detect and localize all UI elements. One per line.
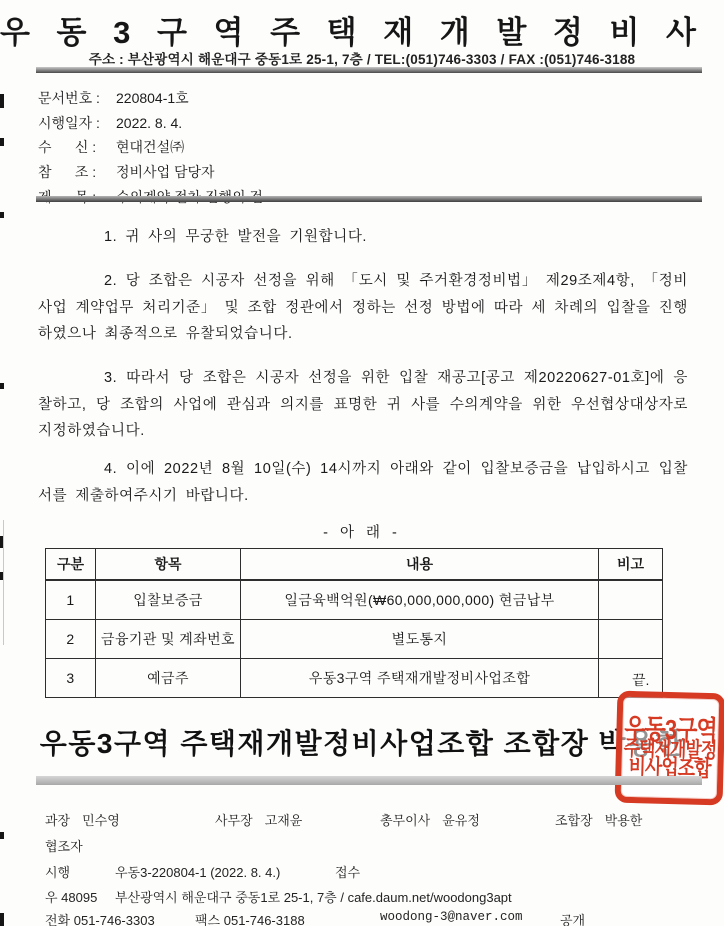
meta-value: 정비사업 담당자 bbox=[116, 162, 215, 182]
cell-item: 입찰보증금 bbox=[96, 580, 241, 620]
cell-no: 1 bbox=[46, 580, 96, 620]
approver-name: 윤유정 bbox=[442, 810, 480, 829]
meta-label: 문서번호 : bbox=[38, 88, 112, 108]
meta-row-recipient: 수 신 : 현대건설㈜ bbox=[38, 135, 263, 160]
table-row: 2 금융기관 및 계좌번호 별도통지 bbox=[46, 620, 663, 659]
scan-artifact bbox=[0, 832, 4, 839]
table-header-row: 구분 항목 내용 비고 bbox=[46, 549, 663, 581]
meta-row-date: 시행일자 : 2022. 8. 4. bbox=[38, 111, 263, 136]
paragraph-1: 1. 귀 사의 무궁한 발전을 기원합니다. bbox=[38, 224, 688, 251]
scan-artifact bbox=[0, 212, 4, 218]
table-row: 3 예금주 우동3구역 주택재개발정비사업조합 bbox=[46, 659, 663, 698]
official-seal-stamp: 우동3구역 주택재개발정 비사업조합 bbox=[615, 691, 724, 806]
cell-content: 별도통지 bbox=[241, 620, 599, 659]
approver: 총무이사 윤유정 bbox=[380, 810, 555, 829]
signature-divider bbox=[36, 776, 702, 785]
cooperator-label: 협조자 bbox=[45, 836, 83, 855]
dispatch-row: 시행 우동3-220804-1 (2022. 8. 4.) 접수 bbox=[45, 862, 70, 881]
cell-content: 우동3구역 주택재개발정비사업조합 bbox=[241, 659, 599, 698]
meta-row-doc-number: 문서번호 : 220804-1호 bbox=[38, 86, 263, 111]
organization-address-line: 주소 : 부산광역시 해운대구 중동1로 25-1, 7층 / TEL:(051… bbox=[0, 48, 724, 68]
col-header-note: 비고 bbox=[599, 549, 663, 581]
cell-content: 일금육백억원(₩60,000,000,000) 현금납부 bbox=[241, 580, 599, 620]
scan-artifact bbox=[0, 94, 4, 108]
cell-item: 금융기관 및 계좌번호 bbox=[96, 620, 241, 659]
approver: 과장 민수영 bbox=[45, 810, 215, 829]
postal-code: 우 48095 bbox=[45, 890, 97, 905]
paragraph-2: 2. 당 조합은 시공자 선정을 위해 「도시 및 주거환경정비법」 제29조제… bbox=[38, 268, 688, 348]
fax-number: 팩스 051-746-3188 bbox=[195, 910, 305, 926]
meta-value: 220804-1호 bbox=[116, 88, 189, 108]
col-header-gubun: 구분 bbox=[46, 549, 96, 581]
cell-no: 2 bbox=[46, 620, 96, 659]
col-header-item: 항목 bbox=[96, 549, 241, 581]
phone-number: 전화 051-746-3303 bbox=[45, 913, 155, 926]
meta-row-reference: 참 조 : 정비사업 담당자 bbox=[38, 160, 263, 185]
bid-info-table: 구분 항목 내용 비고 1 입찰보증금 일금육백억원(₩60,000,000,0… bbox=[45, 548, 663, 698]
header-divider bbox=[36, 67, 702, 73]
scan-artifact bbox=[0, 383, 4, 389]
approver-name: 박용한 bbox=[605, 810, 643, 829]
approver: 사무장 고재윤 bbox=[215, 810, 380, 829]
end-of-document-mark: 끝. bbox=[632, 670, 649, 690]
meta-label: 참 조 : bbox=[38, 162, 112, 182]
dispatch-label: 시행 bbox=[45, 865, 70, 880]
receipt-label: 접수 bbox=[335, 862, 360, 881]
approval-row: 과장 민수영 사무장 고재윤 총무이사 윤유정 조합장 박용한 bbox=[45, 810, 685, 829]
paragraph-3: 3. 따라서 당 조합은 시공자 선정을 위한 입찰 재공고[공고 제20220… bbox=[38, 365, 688, 445]
scan-artifact bbox=[0, 138, 4, 146]
paragraph-4: 4. 이에 2022년 8월 10일(수) 14시까지 아래와 같이 입찰보증금… bbox=[38, 456, 688, 509]
approver-role: 조합장 bbox=[555, 810, 593, 829]
meta-value: 2022. 8. 4. bbox=[116, 115, 182, 131]
document-page: 우 동 3 구 역 주 택 재 개 발 정 비 사 업 조 합 주소 : 부산광… bbox=[0, 0, 724, 926]
approver-role: 과장 bbox=[45, 810, 70, 829]
cell-note bbox=[599, 620, 663, 659]
dispatch-number: 우동3-220804-1 (2022. 8. 4.) bbox=[115, 862, 280, 881]
street-address: 부산광역시 해운대구 중동1로 25-1, 7층 / cafe.daum.net… bbox=[115, 890, 512, 905]
disclosure-label: 공개 bbox=[560, 910, 585, 926]
approver-role: 사무장 bbox=[215, 810, 253, 829]
address-row: 우 48095 부산광역시 해운대구 중동1로 25-1, 7층 / cafe.… bbox=[45, 887, 512, 906]
approver-name: 고재윤 bbox=[265, 810, 303, 829]
cell-note bbox=[599, 580, 663, 620]
approver-role: 총무이사 bbox=[380, 810, 430, 829]
document-meta: 문서번호 : 220804-1호 시행일자 : 2022. 8. 4. 수 신 … bbox=[38, 86, 263, 209]
scan-artifact bbox=[0, 913, 4, 926]
cell-item: 예금주 bbox=[96, 659, 241, 698]
meta-divider bbox=[36, 196, 702, 202]
approver: 조합장 박용한 bbox=[555, 810, 642, 829]
meta-value: 현대건설㈜ bbox=[116, 137, 184, 157]
table-row: 1 입찰보증금 일금육백억원(₩60,000,000,000) 현금납부 bbox=[46, 580, 663, 620]
meta-label: 수 신 : bbox=[38, 137, 112, 157]
organization-title: 우 동 3 구 역 주 택 재 개 발 정 비 사 업 조 합 bbox=[0, 7, 724, 52]
scan-artifact bbox=[3, 520, 4, 645]
email-address: woodong-3@naver.com bbox=[380, 910, 523, 924]
table-caption: - 아 래 - bbox=[0, 521, 724, 542]
col-header-content: 내용 bbox=[241, 549, 599, 581]
meta-label: 시행일자 : bbox=[38, 113, 112, 133]
contact-row: 전화 051-746-3303 팩스 051-746-3188 woodong-… bbox=[45, 910, 695, 926]
cell-no: 3 bbox=[46, 659, 96, 698]
approver-name: 민수영 bbox=[82, 810, 120, 829]
